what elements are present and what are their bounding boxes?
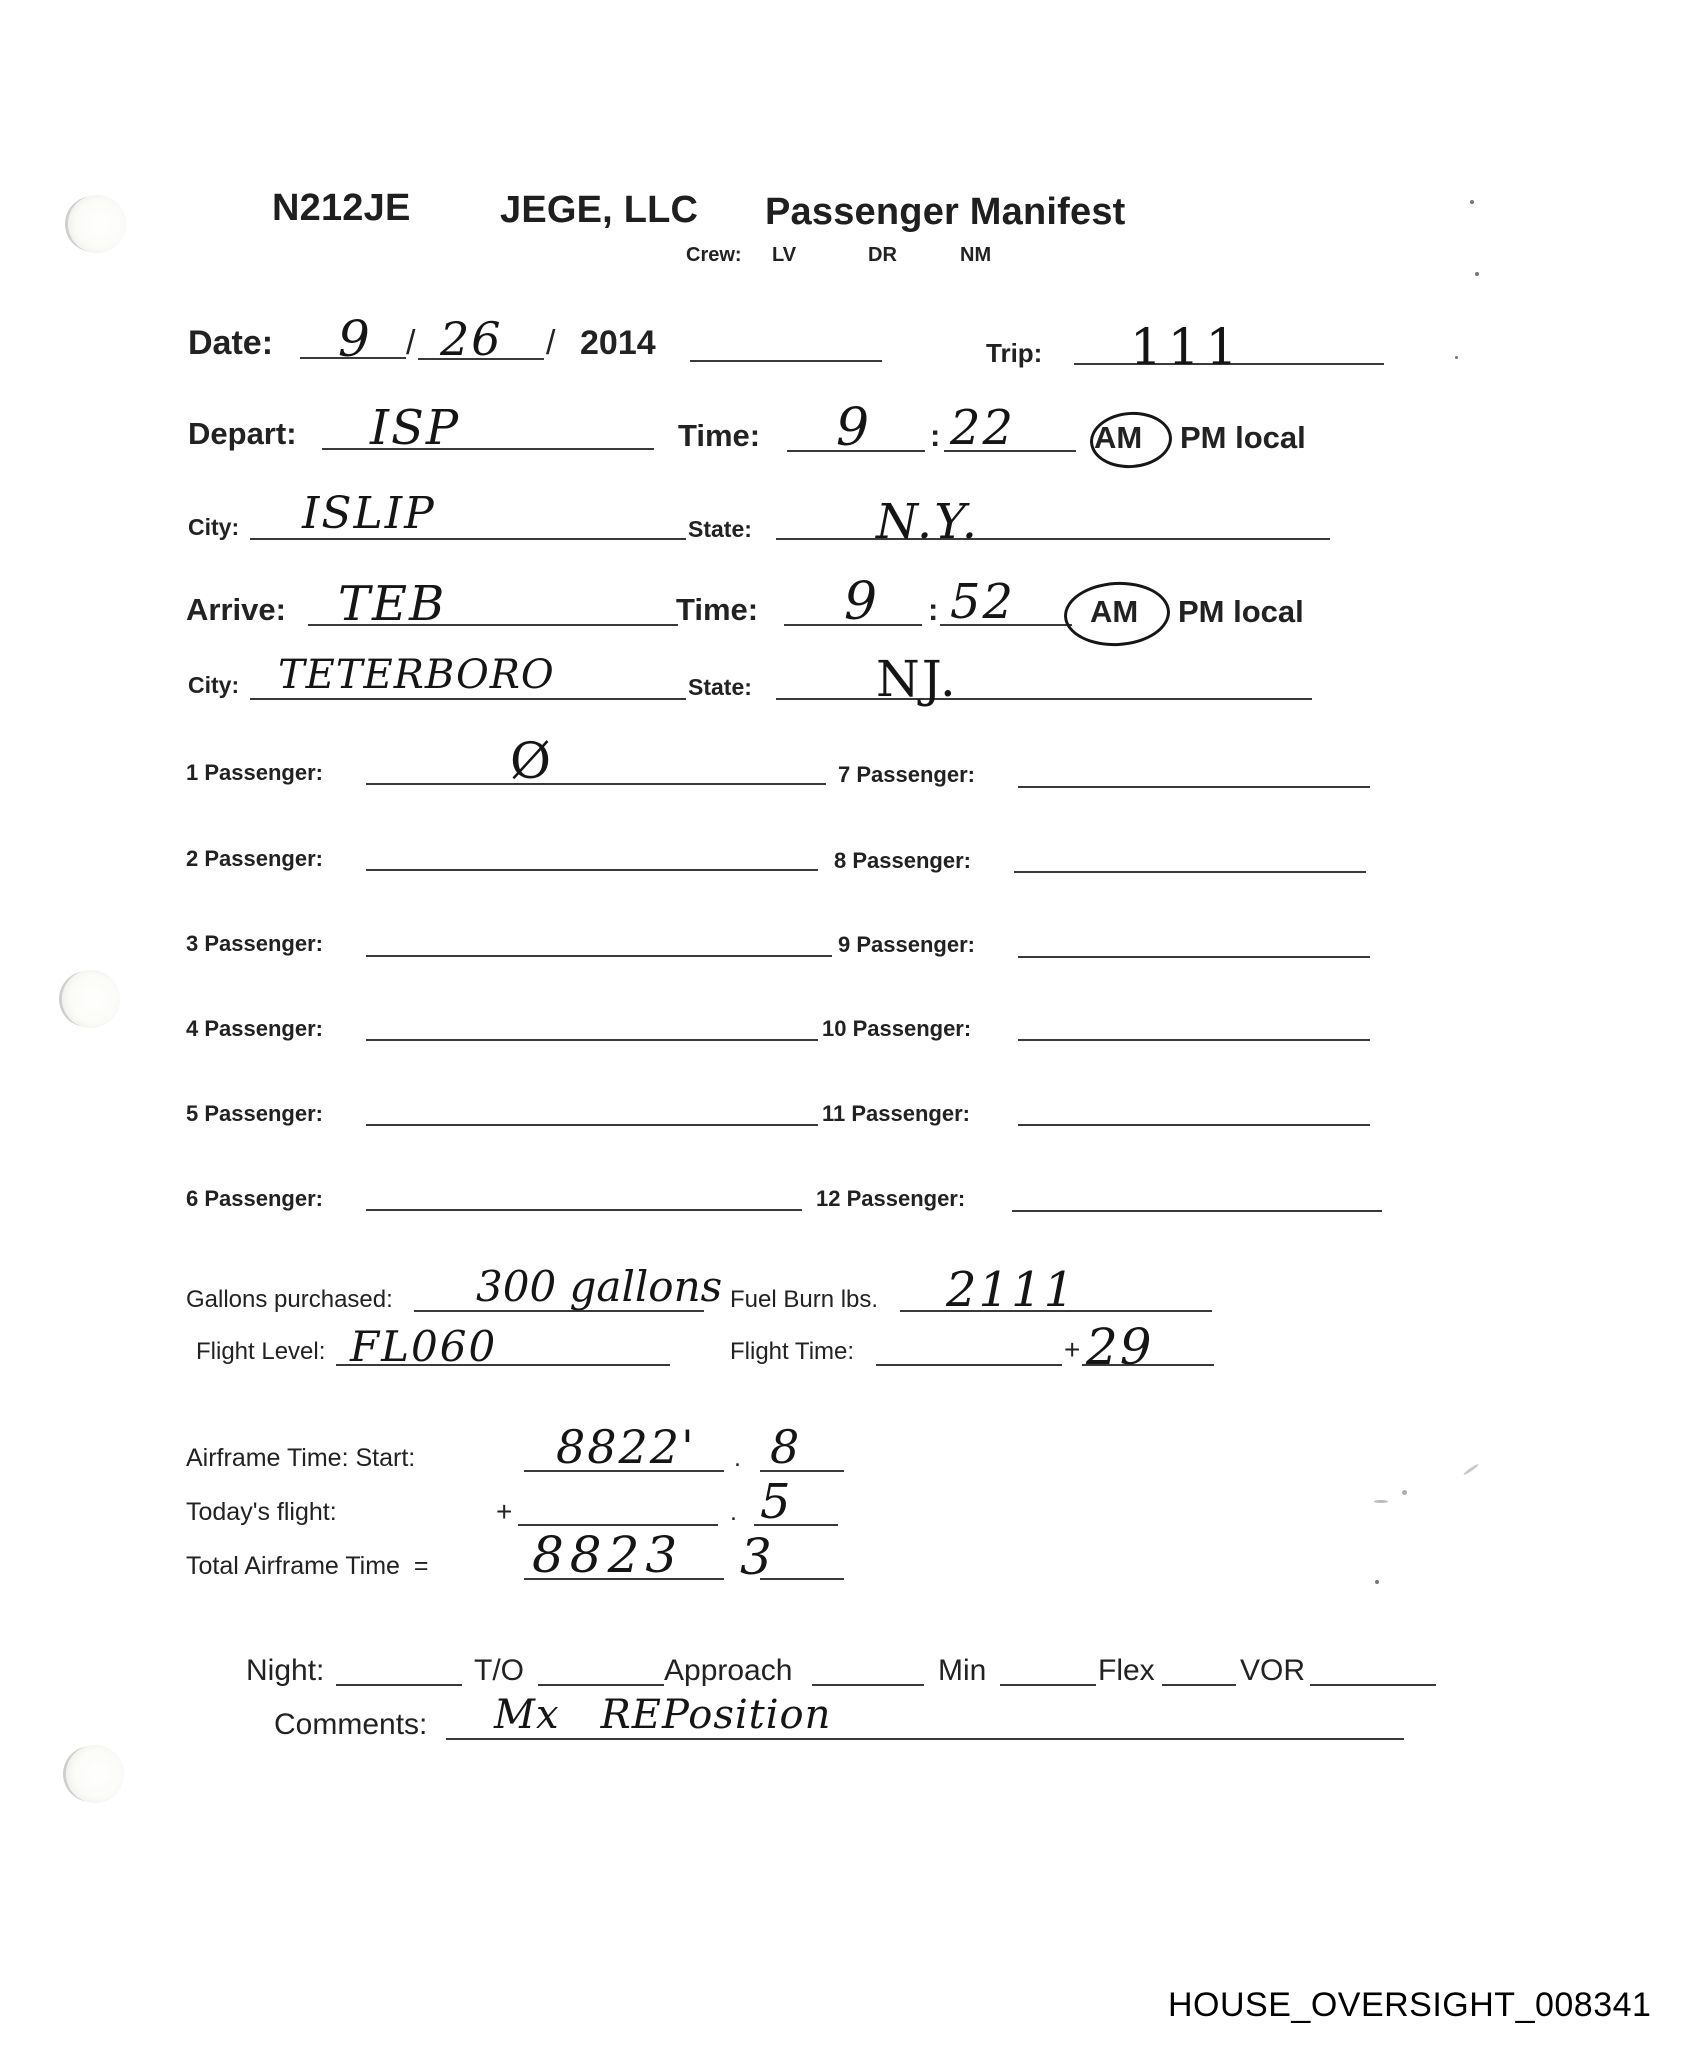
passenger-1-field[interactable]: Ø xyxy=(510,732,553,790)
scan-speck xyxy=(1475,272,1479,276)
night-label: Night: xyxy=(246,1654,324,1688)
scan-speck xyxy=(1470,200,1474,204)
arrive-city-line xyxy=(250,698,686,700)
arrive-state-field[interactable]: NJ. xyxy=(876,650,958,708)
arrive-hour-field[interactable]: 9 xyxy=(844,572,879,632)
gallons-purchased-label: Gallons purchased: xyxy=(186,1286,393,1314)
depart-time-colon: : xyxy=(930,418,940,454)
arrive-time-label: Time: xyxy=(676,592,758,628)
gallons-purchased-field[interactable]: 300 gallons xyxy=(476,1262,722,1311)
bates-number: HOUSE_OVERSIGHT_008341 xyxy=(1168,1986,1651,2025)
comments-field[interactable]: Mx REPosition xyxy=(494,1692,831,1738)
arrive-minute-field[interactable]: 52 xyxy=(950,574,1015,630)
arrive-airport-field[interactable]: TEB xyxy=(338,576,446,632)
depart-airport-field[interactable]: ISP xyxy=(370,400,460,456)
passenger-2-label: 2 Passenger: xyxy=(186,846,323,872)
passenger-11-line xyxy=(1018,1124,1370,1126)
date-trailing-line xyxy=(690,360,882,362)
arrive-state-line xyxy=(776,698,1312,700)
depart-am-option[interactable]: AM xyxy=(1094,420,1142,456)
passenger-12-label: 12 Passenger: xyxy=(816,1186,965,1212)
min-label: Min xyxy=(938,1654,986,1688)
total-airframe-label: Total Airframe Time = xyxy=(186,1552,428,1581)
hole-punch-top xyxy=(68,195,126,253)
flight-time-plus: + xyxy=(1064,1334,1080,1366)
passenger-5-line xyxy=(366,1124,818,1126)
takeoff-line xyxy=(538,1684,664,1686)
passenger-3-label: 3 Passenger: xyxy=(186,931,323,957)
depart-minute-field[interactable]: 22 xyxy=(950,400,1015,456)
airframe-start-label: Airframe Time: Start: xyxy=(186,1444,415,1473)
arrive-state-label: State: xyxy=(688,674,752,701)
passenger-7-label: 7 Passenger: xyxy=(838,762,975,788)
passenger-9-label: 9 Passenger: xyxy=(838,932,975,958)
arrive-label: Arrive: xyxy=(186,592,286,628)
date-year: 2014 xyxy=(580,324,656,363)
flex-line xyxy=(1162,1684,1236,1686)
comments-label: Comments: xyxy=(274,1708,427,1742)
vor-line xyxy=(1310,1684,1436,1686)
approach-line xyxy=(812,1684,924,1686)
takeoff-label: T/O xyxy=(474,1654,524,1688)
scan-speck xyxy=(1402,1490,1407,1495)
date-month-field[interactable]: 9 xyxy=(338,310,372,368)
date-separator-1: / xyxy=(406,324,415,363)
scan-speck xyxy=(1375,1580,1379,1584)
night-line xyxy=(336,1684,462,1686)
date-day-field[interactable]: 26 xyxy=(440,312,503,366)
scan-speck xyxy=(1374,1500,1388,1503)
total-airframe-whole-field[interactable]: 8823 xyxy=(532,1526,683,1584)
passenger-8-label: 8 Passenger: xyxy=(834,848,971,874)
crew-label: Crew: xyxy=(686,244,742,267)
airframe-start-dot: . xyxy=(734,1444,741,1473)
flight-level-label: Flight Level: xyxy=(196,1338,325,1366)
depart-city-field[interactable]: ISLIP xyxy=(302,488,436,539)
arrive-pm-local-option[interactable]: PM local xyxy=(1178,594,1304,630)
min-line xyxy=(1000,1684,1096,1686)
passenger-8-line xyxy=(1014,871,1366,873)
crew-member-3: NM xyxy=(960,244,991,267)
passenger-2-line xyxy=(366,869,818,871)
depart-hour-field[interactable]: 9 xyxy=(836,398,871,458)
arrive-time-colon: : xyxy=(928,592,938,628)
passenger-6-label: 6 Passenger: xyxy=(186,1186,323,1212)
depart-time-label: Time: xyxy=(678,418,760,454)
approach-label: Approach xyxy=(664,1654,792,1688)
passenger-4-line xyxy=(366,1039,818,1041)
vor-label: VOR xyxy=(1240,1654,1305,1688)
arrive-am-option[interactable]: AM xyxy=(1090,594,1138,630)
airframe-start-decimal-field[interactable]: 8 xyxy=(770,1420,801,1474)
passenger-10-line xyxy=(1018,1039,1370,1041)
crew-member-1: LV xyxy=(772,244,796,267)
trip-label: Trip: xyxy=(986,338,1042,369)
airframe-start-whole-field[interactable]: 8822' xyxy=(556,1420,696,1474)
hole-punch-bottom xyxy=(66,1745,124,1803)
todays-flight-plus: + xyxy=(496,1496,512,1528)
arrive-city-label: City: xyxy=(188,672,239,699)
todays-flight-label: Today's flight: xyxy=(186,1498,337,1527)
total-airframe-decimal-field[interactable]: 3 xyxy=(740,1528,774,1586)
depart-state-label: State: xyxy=(688,516,752,543)
date-label: Date: xyxy=(188,324,273,363)
company-name: JEGE, LLC xyxy=(500,189,698,232)
passenger-6-line xyxy=(366,1209,802,1211)
depart-pm-local-option[interactable]: PM local xyxy=(1180,420,1306,456)
fuel-burn-field[interactable]: 2111 xyxy=(946,1262,1076,1318)
passenger-3-line xyxy=(366,955,832,957)
crew-member-2: DR xyxy=(868,244,897,267)
fuel-burn-label: Fuel Burn lbs. xyxy=(730,1286,878,1314)
arrive-city-field[interactable]: TETERBORO xyxy=(278,652,555,698)
tail-number: N212JE xyxy=(272,187,411,230)
passenger-11-label: 11 Passenger: xyxy=(822,1101,970,1127)
date-separator-2: / xyxy=(546,324,555,363)
trip-field[interactable]: 111 xyxy=(1130,318,1243,376)
form-title: Passenger Manifest xyxy=(765,191,1126,234)
flight-time-label: Flight Time: xyxy=(730,1338,854,1366)
passenger-4-label: 4 Passenger: xyxy=(186,1016,323,1042)
scan-speck xyxy=(1463,1463,1479,1476)
depart-state-line xyxy=(776,538,1330,540)
passenger-1-label: 1 Passenger: xyxy=(186,760,323,786)
comments-line xyxy=(446,1738,1404,1740)
depart-state-field[interactable]: N.Y. xyxy=(876,494,979,550)
depart-label: Depart: xyxy=(188,416,297,452)
flight-time-hours-line xyxy=(876,1364,1062,1366)
todays-flight-dot: . xyxy=(730,1498,737,1527)
passenger-12-line xyxy=(1012,1210,1382,1212)
passenger-5-label: 5 Passenger: xyxy=(186,1101,323,1127)
passenger-10-label: 10 Passenger: xyxy=(822,1016,971,1042)
flex-label: Flex xyxy=(1098,1654,1155,1688)
todays-flight-decimal-field[interactable]: 5 xyxy=(760,1474,793,1530)
passenger-9-line xyxy=(1018,956,1370,958)
passenger-1-line xyxy=(366,783,826,785)
depart-city-label: City: xyxy=(188,514,239,541)
flight-time-minutes-field[interactable]: 29 xyxy=(1086,1318,1154,1376)
passenger-7-line xyxy=(1018,786,1370,788)
scan-speck xyxy=(1455,356,1458,359)
flight-level-field[interactable]: FL060 xyxy=(350,1322,497,1371)
hole-punch-middle xyxy=(62,970,120,1028)
